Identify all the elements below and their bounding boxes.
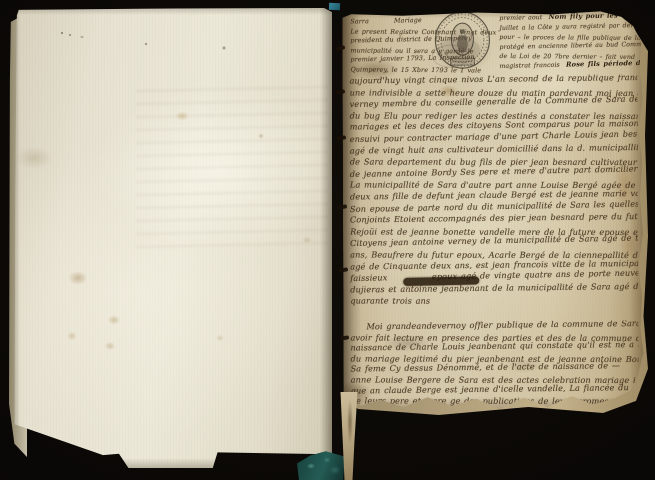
handwritten-line: Conjoints Etoient accompagnés des pier j… bbox=[350, 211, 638, 226]
bookmark-ribbon-top bbox=[329, 3, 340, 11]
right-page: Sarra MariageLe present Registre Contena… bbox=[342, 10, 643, 409]
handwritten-line: magistrat francois Rose fils période de … bbox=[499, 59, 639, 72]
page-edge-shadow bbox=[14, 8, 332, 15]
spine-shadow bbox=[342, 11, 361, 409]
manuscript-content: Sarra MariageLe present Registre Contena… bbox=[342, 10, 643, 409]
handwritten-line: protégé en ancienne liberté au bud Commu… bbox=[499, 40, 639, 53]
page-edge-shadow bbox=[342, 10, 642, 18]
photo-background: Sarra MariageLe present Registre Contena… bbox=[0, 0, 655, 480]
bookmark-ribbon-bottom bbox=[297, 450, 345, 480]
page-edge-shadow bbox=[14, 458, 332, 468]
handwritten-line: Moi grandeandevernoy offier publique de … bbox=[350, 320, 638, 332]
header-light-text: magistrat francois bbox=[499, 62, 566, 70]
header-margin-note: premier aout Nom fily pour les Juillet a… bbox=[499, 13, 639, 71]
paper-stain bbox=[14, 8, 332, 468]
handwritten-line: Sa feme Cy dessus Dénommé, et de l'acte … bbox=[350, 360, 638, 374]
spine-shadow bbox=[320, 8, 332, 468]
header-margin-note-lines: Juillet a la Côte y aura registré par de… bbox=[499, 23, 639, 62]
handwritten-line: aujourd'huy vingt cinque nivos L'an seco… bbox=[350, 74, 638, 87]
closing-paragraph: Moi grandeandevernoy offier publique de … bbox=[350, 320, 638, 406]
left-page bbox=[14, 8, 332, 468]
handwritten-line: quarante trois ans bbox=[350, 296, 638, 308]
ink-scribble-correction bbox=[403, 276, 479, 286]
main-act-paragraph: aujourd'huy vingt cinque nivos L'an seco… bbox=[350, 74, 639, 307]
handwritten-line: naissance de Charle Louis jeanbenant qui… bbox=[350, 339, 638, 353]
